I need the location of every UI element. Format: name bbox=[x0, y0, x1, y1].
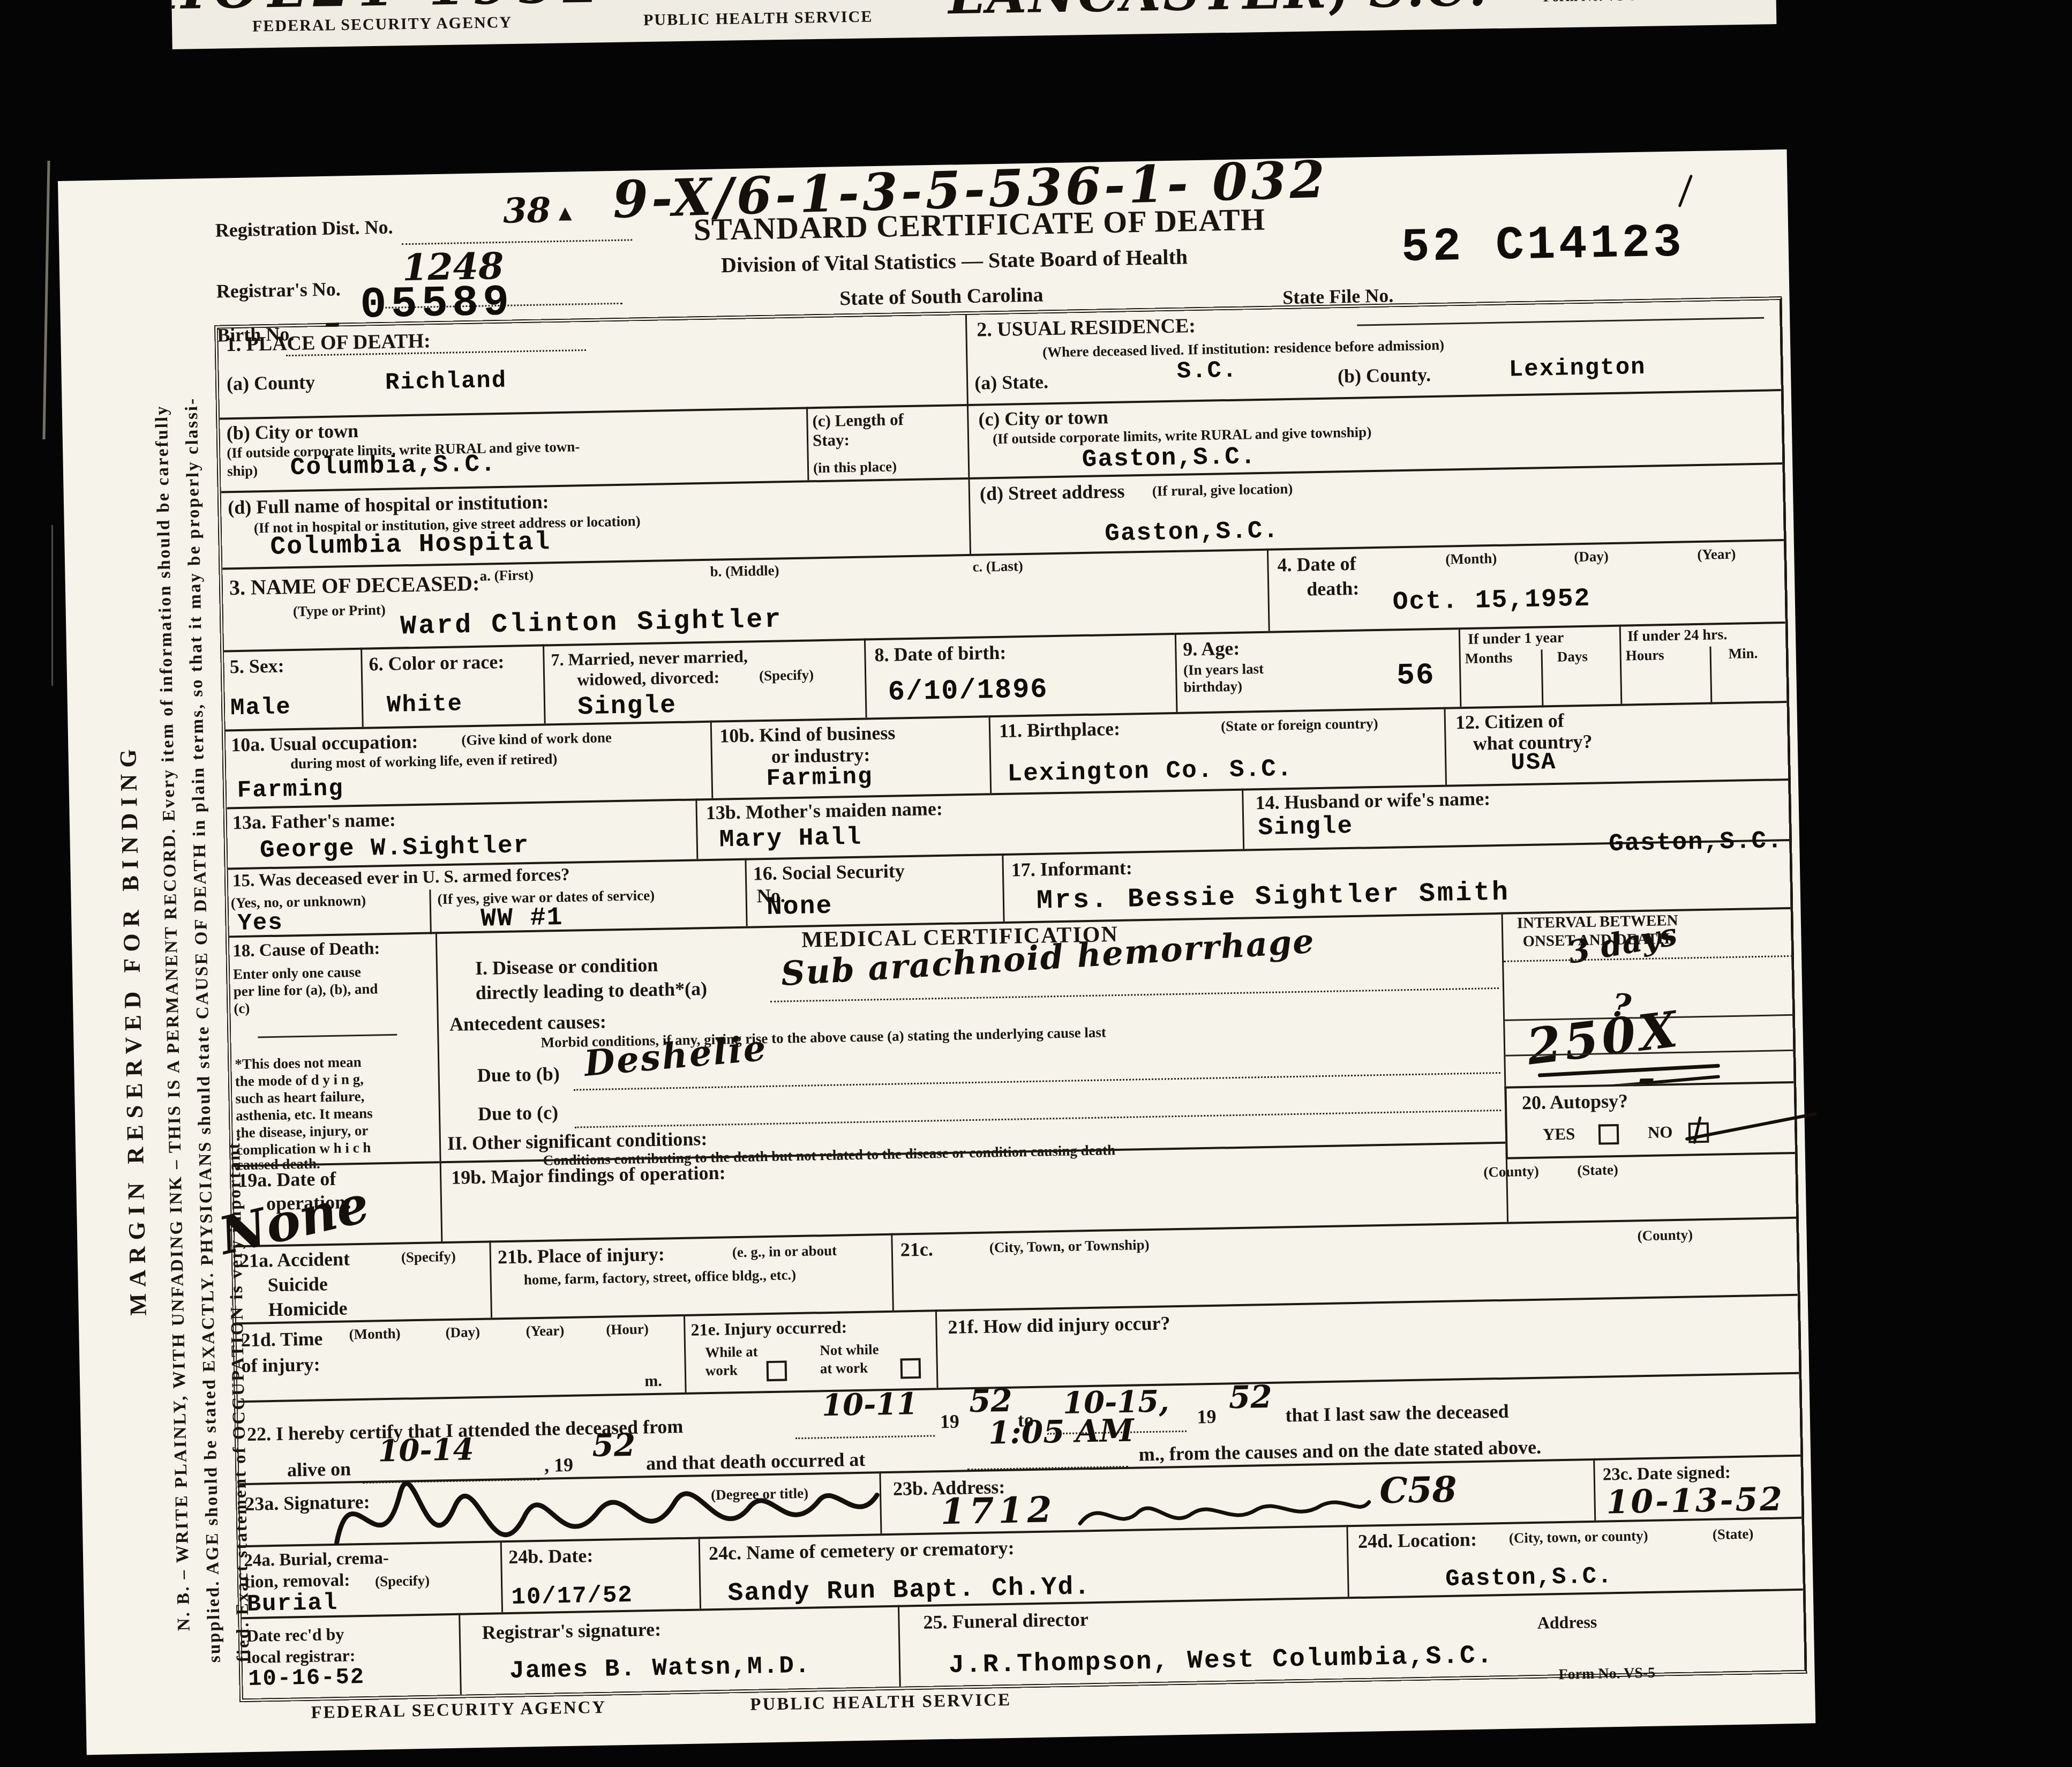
autopsy-cell: 20. Autopsy? YES NO bbox=[1504, 1081, 1795, 1159]
race-label: 6. Color or race: bbox=[369, 652, 504, 675]
armed-forces-note1: (Yes, no, or unknown) bbox=[230, 893, 366, 911]
time-of-injury-label1: 21d. Time bbox=[241, 1328, 322, 1351]
usual-residence-cell: 2. USUAL RESIDENCE: (Where deceased live… bbox=[965, 300, 1781, 404]
deceased-name-value: Ward Clinton Sightler bbox=[400, 604, 783, 642]
hospital-value: Columbia Hospital bbox=[270, 528, 551, 562]
signature-cell: 23a. Signature: (Degree or title) bbox=[239, 1471, 881, 1545]
residence-city-label: (c) City or town bbox=[978, 407, 1108, 430]
injury-occurred-cell: 21e. Injury occurred: While at work Not … bbox=[684, 1309, 937, 1392]
spouse-name-cell: 14. Husband or wife's name: Single Gasto… bbox=[1242, 778, 1789, 849]
armed-forces-value: Yes bbox=[237, 910, 283, 938]
sex-label: 5. Sex: bbox=[229, 655, 284, 677]
first-name-header: a. (First) bbox=[479, 567, 534, 584]
birthplace-label: 11. Birthplace: bbox=[999, 718, 1121, 742]
length-of-stay-label2: Stay: bbox=[813, 431, 850, 450]
length-of-stay-cell: (c) Length of Stay: (in this place) bbox=[806, 404, 968, 480]
ssn-value: None bbox=[767, 892, 833, 922]
at-work-label: at work bbox=[820, 1360, 868, 1377]
sidebar-divider bbox=[258, 1034, 397, 1038]
work-label: work bbox=[705, 1362, 738, 1379]
registration-district-value: 38 bbox=[502, 190, 551, 231]
war-service-value: WW #1 bbox=[481, 903, 564, 934]
cause-a-line bbox=[770, 987, 1499, 1002]
residence-county-value: Lexington bbox=[1508, 354, 1646, 384]
armed-forces-label: 15. Was deceased ever in U. S. armed for… bbox=[232, 866, 570, 891]
physician-address-number: 1712 bbox=[940, 1488, 1056, 1532]
marital-label2: widowed, divorced: bbox=[577, 668, 720, 689]
certify-text-2: that I last saw the deceased bbox=[1285, 1401, 1509, 1426]
date-of-birth-label: 8. Date of birth: bbox=[874, 642, 1007, 665]
marital-status-cell: 7. Married, never married, widowed, divo… bbox=[543, 639, 866, 724]
mother-name-value: Mary Hall bbox=[719, 823, 862, 854]
cause-foot5: the disease, injury, or bbox=[236, 1123, 368, 1141]
burial-location-note1: (City, town, or county) bbox=[1509, 1528, 1648, 1546]
street-address-label: (d) Street address bbox=[980, 481, 1125, 505]
death-time-value: 1:05 AM bbox=[988, 1412, 1134, 1451]
industry-value: Farming bbox=[766, 763, 873, 792]
usual-residence-note: (Where deceased lived. If institution: r… bbox=[1042, 338, 1444, 361]
date-signed-cell: 23c. Date signed: 10-13-52 bbox=[1593, 1455, 1801, 1521]
autopsy-yes-label: YES bbox=[1543, 1125, 1575, 1143]
informant-value: Mrs. Bessie Sightler Smith bbox=[1036, 878, 1510, 917]
due-to-b-label: Due to (b) bbox=[477, 1064, 560, 1086]
month-header: (Month) bbox=[1445, 551, 1497, 567]
residence-county-label: (b) County. bbox=[1338, 364, 1431, 387]
injury-city-note: (City, Town, or Township) bbox=[989, 1237, 1150, 1256]
place-of-death-cell: 1. PLACE OF DEATH: (a) County Richland bbox=[218, 315, 967, 418]
stray-pen-mark bbox=[1678, 175, 1693, 208]
cause-note1: Enter only one cause bbox=[233, 964, 361, 983]
autopsy-no-label: NO bbox=[1648, 1123, 1673, 1141]
while-at-work-checkbox bbox=[767, 1360, 787, 1381]
footer-service: PUBLIC HEALTH SERVICE bbox=[750, 1691, 1011, 1715]
attended-from-year: 52 bbox=[969, 1382, 1012, 1419]
injury-county-note: (County) bbox=[1637, 1227, 1693, 1244]
funeral-director-value: J.R.Thompson, West Columbia,S.C. bbox=[949, 1641, 1495, 1680]
length-of-stay-label1: (c) Length of bbox=[812, 410, 904, 430]
date-signed-value: 10-13-52 bbox=[1606, 1480, 1785, 1521]
days-header: Days bbox=[1557, 649, 1588, 665]
homicide-label: Homicide bbox=[268, 1298, 348, 1320]
residence-state-label: (a) State. bbox=[974, 371, 1049, 393]
injury-month-note: (Month) bbox=[349, 1326, 401, 1343]
date-of-death-label1: 4. Date of bbox=[1277, 553, 1356, 576]
interval-c-handwriting: 250X bbox=[1523, 1000, 1684, 1076]
state-file-number-stamp: 52 C14123 bbox=[1401, 216, 1685, 275]
not-while-label: Not while bbox=[820, 1342, 879, 1358]
burial-value: Burial bbox=[246, 1590, 338, 1618]
state-sublabel: (State) bbox=[1577, 1162, 1618, 1179]
autopsy-label: 20. Autopsy? bbox=[1522, 1091, 1628, 1113]
armed-forces-cell: 15. Was deceased ever in U. S. armed for… bbox=[228, 858, 746, 936]
occupation-label: 10a. Usual occupation: bbox=[231, 731, 418, 755]
date-of-death-value: Oct. 15,1952 bbox=[1392, 585, 1591, 617]
burial-date-value: 10/17/52 bbox=[511, 1582, 633, 1611]
mother-name-cell: 13b. Mother's maiden name: Mary Hall bbox=[695, 789, 1243, 859]
sex-cell: 5. Sex: Male bbox=[224, 648, 362, 730]
street-address-note: (If rural, give location) bbox=[1152, 481, 1293, 499]
time-of-injury-cell: 21d. Time (Month) (Day) (Year) (Hour) of… bbox=[236, 1314, 685, 1401]
injury-occurred-label: 21e. Injury occurred: bbox=[690, 1317, 847, 1339]
middle-name-header: b. (Middle) bbox=[710, 563, 779, 580]
injury-year-note: (Year) bbox=[525, 1323, 564, 1339]
birthplace-cell: 11. Birthplace: (State or foreign countr… bbox=[989, 707, 1446, 793]
blank-line bbox=[402, 239, 632, 245]
age-value: 56 bbox=[1397, 658, 1435, 693]
cause-of-death-sidebar: 18. Cause of Death: Enter only one cause… bbox=[229, 932, 440, 1165]
under-1-year-cell: If under 1 year Months Days bbox=[1459, 625, 1621, 707]
under-24-hrs-header: If under 24 hrs. bbox=[1627, 627, 1728, 645]
county-value: Richland bbox=[385, 368, 507, 396]
disease-label1: I. Disease or condition bbox=[475, 955, 658, 979]
citizen-value: USA bbox=[1511, 749, 1557, 777]
county-sublabel: (County) bbox=[1483, 1164, 1539, 1180]
citizenship-cell: 12. Citizen of what country? USA bbox=[1444, 701, 1788, 785]
race-cell: 6. Color or race: White bbox=[361, 645, 544, 727]
registrars-number-label: Registrar's No. bbox=[216, 279, 341, 302]
marital-specify-note: (Specify) bbox=[759, 667, 814, 684]
not-while-at-work-checkbox bbox=[900, 1358, 921, 1379]
scan-streak bbox=[42, 161, 50, 439]
cause-c-line bbox=[574, 1110, 1501, 1128]
registrar-signature-value: James B. Watsn,M.D. bbox=[509, 1652, 811, 1685]
prev-service-label: PUBLIC HEALTH SERVICE bbox=[643, 8, 873, 29]
certificate-subtitle: Division of Vital Statistics — State Boa… bbox=[721, 245, 1188, 276]
age-note1: (In years last bbox=[1183, 661, 1264, 678]
informant-label: 17. Informant: bbox=[1011, 857, 1133, 880]
registrar-signature-label: Registrar's signature: bbox=[482, 1619, 661, 1643]
place-of-death-title: 1. PLACE OF DEATH: bbox=[226, 330, 431, 356]
how-injury-occurred-cell: 21f. How did injury occur? bbox=[935, 1294, 1799, 1388]
place-of-injury-cell: 21b. Place of injury: (e. g., in or abou… bbox=[489, 1233, 892, 1318]
cause-note2: per line for (a), (b), and bbox=[234, 981, 378, 999]
cause-foot4: asthenia, etc. It means bbox=[236, 1106, 373, 1124]
footer-agency: FEDERAL SECURITY AGENCY bbox=[311, 1698, 606, 1723]
column-divider bbox=[1541, 649, 1543, 707]
cause-note3: (c) bbox=[234, 1001, 250, 1017]
certificate-state-line: State of South Carolina bbox=[839, 284, 1043, 310]
social-security-cell: 16. Social Security No. None bbox=[745, 853, 1003, 926]
date-received-cell: Date rec'd by local registrar: 10-16-52 bbox=[242, 1613, 460, 1698]
medical-certification-cell: MEDICAL CERTIFICATION I. Disease or cond… bbox=[436, 912, 1506, 1161]
father-name-cell: 13a. Father's name: George W.Sightler bbox=[227, 798, 696, 867]
how-injury-occurred-label: 21f. How did injury occur? bbox=[948, 1313, 1170, 1337]
certify-19-b: 19 bbox=[1197, 1406, 1217, 1428]
occupation-note2: during most of working life, even if ret… bbox=[290, 751, 558, 772]
race-value: White bbox=[387, 691, 463, 719]
registration-district-label: Registration Dist. No. bbox=[215, 217, 393, 241]
suicide-label: Suicide bbox=[267, 1274, 328, 1296]
marital-value: Single bbox=[577, 691, 677, 722]
ink-blot: ▲ bbox=[554, 201, 576, 226]
residence-city-cell: (c) City or town (If outside corporate l… bbox=[967, 389, 1782, 477]
funeral-director-label: 25. Funeral director bbox=[923, 1609, 1088, 1633]
registrar-signature-cell: Registrar's signature: James B. Watsn,M.… bbox=[459, 1605, 899, 1695]
months-header: Months bbox=[1465, 650, 1513, 667]
type-or-print-note: (Type or Print) bbox=[293, 602, 386, 619]
cause-of-death-title: 18. Cause of Death: bbox=[232, 939, 380, 961]
length-of-stay-note: (in this place) bbox=[813, 459, 897, 476]
ssn-label1: 16. Social Security bbox=[753, 860, 905, 884]
hours-header: Hours bbox=[1625, 647, 1664, 663]
place-of-injury-note2: home, farm, factory, street, office bldg… bbox=[523, 1267, 796, 1287]
age-note2: birthday) bbox=[1183, 679, 1242, 695]
prev-place-handwriting: LANCASTER, S.C. bbox=[948, 0, 1489, 26]
while-at-label: While at bbox=[705, 1344, 758, 1360]
age-label: 9. Age: bbox=[1183, 638, 1240, 660]
prev-agency-label: FEDERAL SECURITY AGENCY bbox=[252, 14, 512, 35]
under-1-year-header: If under 1 year bbox=[1468, 630, 1564, 648]
column-divider bbox=[1709, 647, 1712, 705]
date-of-birth-value: 6/10/1896 bbox=[888, 673, 1048, 708]
usual-residence-title: 2. USUAL RESIDENCE: bbox=[977, 315, 1196, 341]
accident-specify-note: (Specify) bbox=[401, 1249, 456, 1266]
year-header: (Year) bbox=[1697, 546, 1736, 563]
burial-location-label: 24d. Location: bbox=[1358, 1529, 1477, 1552]
street-address-cell: (d) Street address (If rural, give locat… bbox=[968, 462, 1783, 554]
burial-location-note2: (State) bbox=[1713, 1526, 1754, 1543]
min-header: Min. bbox=[1728, 646, 1758, 662]
date-received-value: 10-16-52 bbox=[248, 1664, 365, 1692]
funeral-director-cell: 25. Funeral director Address J.R.Thompso… bbox=[898, 1589, 1805, 1687]
time-of-injury-label2: of injury: bbox=[241, 1354, 320, 1376]
spouse-name-value: Single bbox=[1258, 812, 1354, 842]
age-cell: 9. Age: (In years last birthday) 56 bbox=[1175, 627, 1460, 712]
birthplace-value: Lexington Co. S.C. bbox=[1007, 755, 1293, 788]
autopsy-yes-checkbox bbox=[1598, 1124, 1619, 1145]
occupation-note1: (Give kind of work done bbox=[461, 730, 612, 748]
city-of-death-note2: ship) bbox=[227, 463, 258, 479]
sex-value: Male bbox=[230, 694, 292, 722]
residence-city-value: Gaston,S.C. bbox=[1082, 443, 1257, 474]
scan-streak bbox=[51, 525, 53, 686]
cause-foot3: such as heart failure, bbox=[235, 1089, 364, 1107]
residence-state-value: S.C. bbox=[1176, 357, 1238, 385]
hospital-cell: (d) Full name of hospital or institution… bbox=[221, 477, 970, 568]
cause-b-line bbox=[574, 1072, 1500, 1091]
certify-19-a: 19 bbox=[940, 1411, 959, 1433]
city-of-death-value: Columbia,S.C. bbox=[290, 450, 497, 482]
date-of-birth-cell: 8. Date of birth: 6/10/1896 bbox=[864, 633, 1176, 718]
physician-address-suffix: C58 bbox=[1379, 1469, 1457, 1512]
burial-location-cell: 24d. Location: (City, town, or county) (… bbox=[1346, 1517, 1803, 1597]
last-name-header: c. (Last) bbox=[972, 558, 1023, 575]
spouse-name-label: 14. Husband or wife's name: bbox=[1255, 788, 1490, 813]
day-header: (Day) bbox=[1574, 549, 1609, 565]
meridiem-label: m. bbox=[644, 1373, 662, 1390]
date-of-death-label2: death: bbox=[1307, 578, 1360, 600]
burial-location-value: Gaston,S.C. bbox=[1445, 1563, 1613, 1593]
father-name-value: George W.Sightler bbox=[259, 832, 529, 864]
father-name-label: 13a. Father's name: bbox=[232, 810, 396, 833]
name-of-deceased-title: 3. NAME OF DECEASED: bbox=[229, 572, 480, 600]
date-received-label2: local registrar: bbox=[246, 1646, 355, 1666]
county-label: (a) County bbox=[227, 372, 316, 394]
injury-day-note: (Day) bbox=[445, 1324, 480, 1341]
injury-hour-note: (Hour) bbox=[606, 1321, 649, 1338]
informant-address-value: Gaston,S.C. bbox=[1609, 827, 1784, 858]
due-to-c-label: Due to (c) bbox=[478, 1102, 559, 1125]
street-address-value: Gaston,S.C. bbox=[1105, 516, 1280, 548]
place-of-injury-label: 21b. Place of injury: bbox=[498, 1244, 665, 1268]
industry-label1: 10b. Kind of business bbox=[719, 723, 896, 747]
occupation-cell: 10a. Usual occupation: (Give kind of wor… bbox=[226, 721, 712, 807]
birthplace-note: (State or foreign country) bbox=[1221, 716, 1378, 735]
footer-form-number: Form No. VS-5 bbox=[1558, 1665, 1655, 1683]
major-findings-label: 19b. Major findings of operation: bbox=[451, 1162, 726, 1188]
prev-form-number: Form No. VS-5 bbox=[1543, 0, 1636, 5]
industry-cell: 10b. Kind of business or industry: Farmi… bbox=[710, 715, 990, 798]
physician-signature bbox=[319, 1436, 889, 1585]
marital-label1: 7. Married, never married, bbox=[551, 647, 748, 669]
certificate-paper: MARGIN RESERVED FOR BINDING N. B. – WRIT… bbox=[58, 149, 1815, 1755]
under-24-hrs-cell: If under 24 hrs. Hours Min. bbox=[1619, 622, 1787, 704]
attended-from-date: 10-11 bbox=[822, 1386, 918, 1423]
funeral-address-label: Address bbox=[1537, 1613, 1597, 1633]
citizen-label1: 12. Citizen of bbox=[1455, 710, 1565, 733]
attended-to-year: 52 bbox=[1228, 1379, 1272, 1416]
city-of-death-label: (b) City or town bbox=[226, 421, 358, 444]
certificate-form-grid: 1. PLACE OF DEATH: (a) County Richland 2… bbox=[214, 296, 1807, 1702]
city-of-death-cell: (b) City or town (If outside corporate l… bbox=[220, 407, 807, 491]
date-of-death-cell: 4. Date of death: (Month) (Day) (Year) O… bbox=[1267, 539, 1785, 631]
antecedent-label: Antecedent causes: bbox=[449, 1012, 607, 1035]
occupation-value: Farming bbox=[237, 775, 344, 804]
injury-city-label: 21c. bbox=[900, 1239, 933, 1260]
margin-binding-note: MARGIN RESERVED FOR BINDING bbox=[114, 743, 152, 1316]
previous-certificate-edge: HOL21 1952 FEDERAL SECURITY AGENCY PUBLI… bbox=[171, 0, 1776, 49]
cause-foot2: the mode of d y i n g, bbox=[235, 1072, 364, 1090]
disease-label2: directly leading to death*(a) bbox=[476, 978, 708, 1004]
column-divider bbox=[429, 889, 432, 934]
cause-foot1: *This does not mean bbox=[235, 1054, 362, 1072]
hospital-label: (d) Full name of hospital or institution… bbox=[228, 491, 549, 518]
date-received-label1: Date rec'd by bbox=[246, 1625, 344, 1645]
mother-name-label: 13b. Mother's maiden name: bbox=[705, 798, 943, 823]
scanned-death-certificate: HOL21 1952 FEDERAL SECURITY AGENCY PUBLI… bbox=[0, 0, 2072, 1767]
place-of-injury-note1: (e. g., in or about bbox=[732, 1243, 837, 1261]
date-of-operation-cell: 19a. Date of operation: None bbox=[234, 1161, 441, 1245]
